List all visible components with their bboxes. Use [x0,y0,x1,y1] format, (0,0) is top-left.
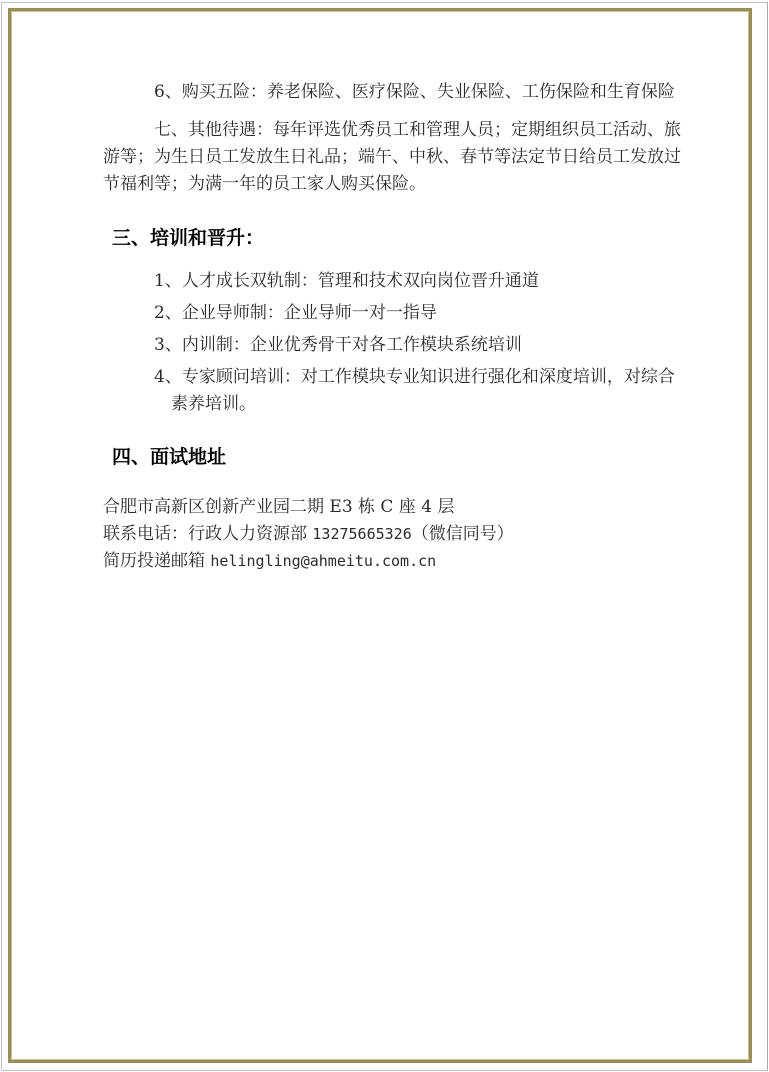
phone-label: 联系电话：行政人力资源部 [103,524,312,544]
email-address: helingling@ahmeitu.com.cn [210,552,436,570]
section-heading-address: 四、面试地址 [103,445,686,470]
interview-address-line: 合肥市高新区创新产业园二期 E3 栋 C 座 4 层 [103,494,686,521]
document-page: { "page": { "background": "#ffffff", "fr… [0,0,769,1072]
section-heading-training: 三、培训和晋升： [103,226,686,251]
benefit-item-6: 6、购买五险：养老保险、医疗保险、失业保险、工伤保险和生育保险 [103,79,686,106]
training-list: 1、人才成长双轨制：管理和技术双向岗位晋升通道 2、企业导师制：企业导师一对一指… [103,268,686,418]
training-item-4: 4、专家顾问培训：对工作模块专业知识进行强化和深度培训，对综合素养培训。 [103,364,686,418]
phone-suffix: （微信同号） [412,524,514,544]
phone-line: 联系电话：行政人力资源部 13275665326（微信同号） [103,521,686,548]
phone-number: 13275665326 [312,525,411,543]
training-item-1: 1、人才成长双轨制：管理和技术双向岗位晋升通道 [103,268,686,295]
document-content: 6、购买五险：养老保险、医疗保险、失业保险、工伤保险和生育保险 七、其他待遇：每… [103,0,686,575]
training-item-2: 2、企业导师制：企业导师一对一指导 [103,300,686,327]
training-item-3: 3、内训制：企业优秀骨干对各工作模块系统培训 [103,332,686,359]
email-label: 简历投递邮箱 [103,551,210,571]
benefit-item-7: 七、其他待遇：每年评选优秀员工和管理人员；定期组织员工活动、旅游等；为生日员工发… [103,117,686,198]
contact-block: 合肥市高新区创新产业园二期 E3 栋 C 座 4 层 联系电话：行政人力资源部 … [103,494,686,575]
email-line: 简历投递邮箱 helingling@ahmeitu.com.cn [103,548,686,575]
